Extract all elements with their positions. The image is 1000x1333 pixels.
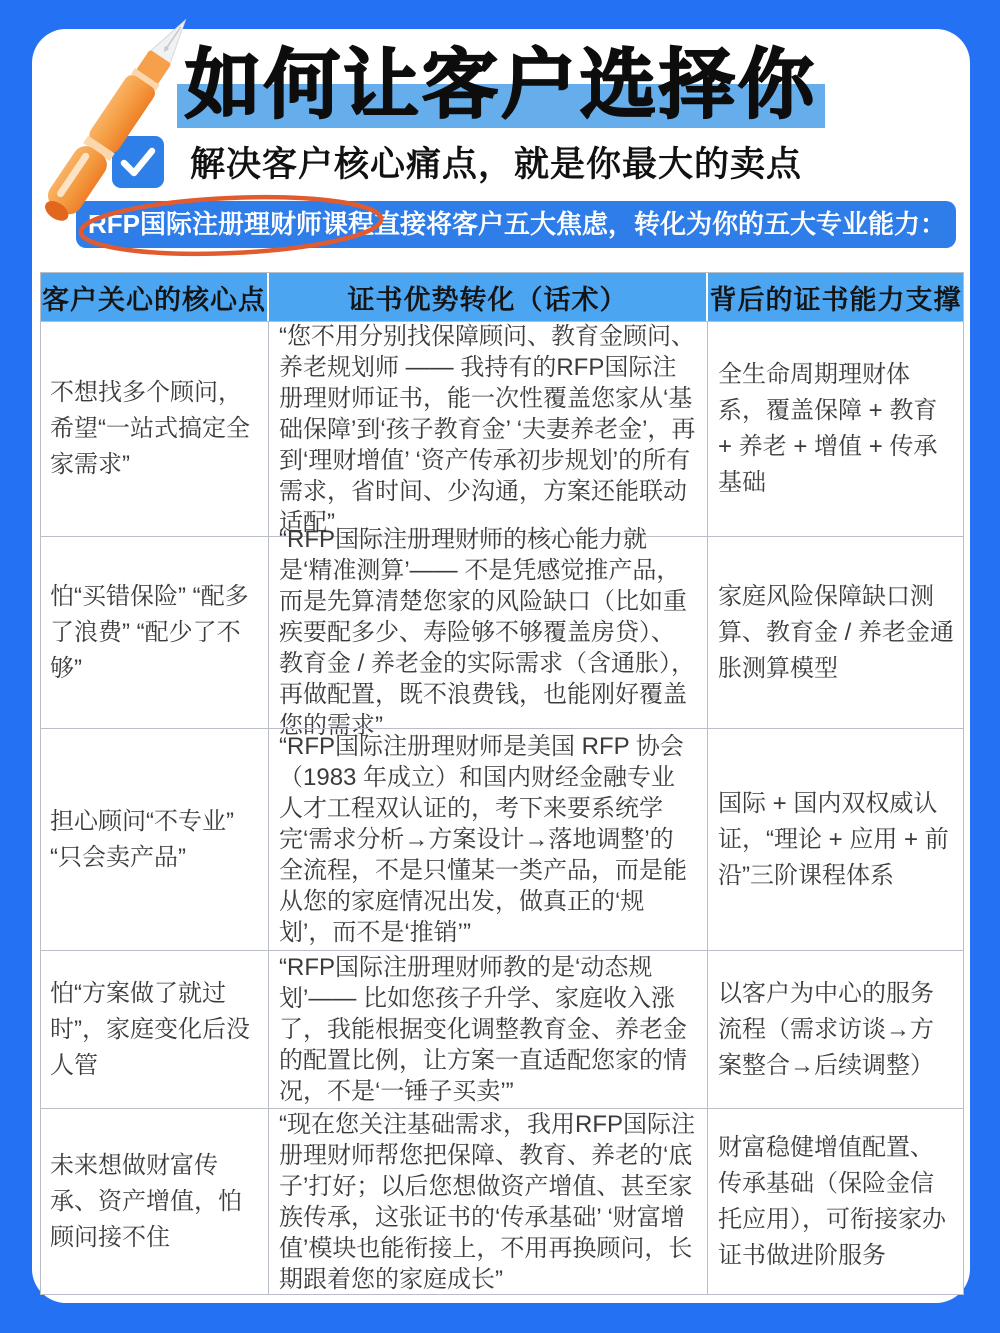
cell-support-2: 家庭风险保障缺口测算、教育金 / 养老金通胀测算模型 xyxy=(708,536,963,728)
support-text-2: 家庭风险保障缺口测算、教育金 / 养老金通胀测算模型 xyxy=(718,579,957,687)
cell-pain-2: 怕“买错保险” “配多了浪费” “配少了不够” xyxy=(41,536,269,728)
content-card: 如何让客户选择你 解决客户核心痛点，就是你最大的卖点 RFP国际注册理财师课程 … xyxy=(32,29,970,1303)
col-header-support: 背后的证书能力支撑 xyxy=(708,273,963,321)
support-text-3: 国际 + 国内双权威认证，“理论 + 应用 + 前沿”三阶课程体系 xyxy=(718,786,957,894)
cell-pain-4: 怕“方案做了就过时”，家庭变化后没人管 xyxy=(41,950,269,1108)
support-text-5: 财富稳健增值配置、传承基础（保险金信托应用），可衔接家办证书做进阶服务 xyxy=(718,1130,957,1274)
banner-rest-text: 直接将客户五大焦虑，转化为你的五大专业能力： xyxy=(374,209,946,239)
cell-pain-3: 担心顾问“不专业” “只会卖产品” xyxy=(41,728,269,950)
tagline-text: 解决客户核心痛点，就是你最大的卖点 xyxy=(190,137,802,187)
col-header-pain: 客户关心的核心点 xyxy=(41,273,269,321)
banner-highlight: RFP国际注册理财师课程 xyxy=(88,201,374,248)
page-title: 如何让客户选择你 xyxy=(185,43,817,128)
cell-support-3: 国际 + 国内双权威认证，“理论 + 应用 + 前沿”三阶课程体系 xyxy=(708,728,963,950)
pain-text-5: 未来想做财富传承、资产增值，怕顾问接不住 xyxy=(50,1148,262,1256)
col-header-support-label: 背后的证书能力支撑 xyxy=(710,278,962,317)
col-header-script-label: 证书优势转化（话术） xyxy=(348,278,628,317)
banner-highlight-text: RFP国际注册理财师课程 xyxy=(88,209,374,239)
cell-script-2: “RFP国际注册理财师的核心能力就是‘精准测算’—— 不是凭感觉推产品，而是先算… xyxy=(269,536,708,728)
cell-support-1: 全生命周期理财体系，覆盖保障 + 教育 + 养老 + 增值 + 传承基础 xyxy=(708,321,963,536)
script-text-5: “现在您关注基础需求，我用RFP国际注册理财师帮您把保障、教育、养老的‘底子’打… xyxy=(279,1109,697,1295)
script-text-3: “RFP国际注册理财师是美国 RFP 协会（1983 年成立）和国内财经金融专业… xyxy=(279,731,697,948)
col-header-script: 证书优势转化（话术） xyxy=(269,273,708,321)
pain-text-2: 怕“买错保险” “配多了浪费” “配少了不够” xyxy=(50,579,262,687)
script-text-4: “RFP国际注册理财师教的是‘动态规划’—— 比如您孩子升学、家庭收入涨了，我能… xyxy=(279,952,697,1107)
pain-text-1: 不想找多个顾问，希望“一站式搞定全家需求” xyxy=(50,375,262,483)
support-text-4: 以客户为中心的服务流程（需求访谈→方案整合→后续调整） xyxy=(718,976,957,1084)
pain-text-4: 怕“方案做了就过时”，家庭变化后没人管 xyxy=(50,976,262,1084)
cell-script-1: “您不用分别找保障顾问、教育金顾问、养老规划师 —— 我持有的RFP国际注册理财… xyxy=(269,321,708,536)
tagline-row: 解决客户核心痛点，就是你最大的卖点 xyxy=(112,136,802,188)
cell-pain-5: 未来想做财富传承、资产增值，怕顾问接不住 xyxy=(41,1108,269,1294)
checkbox-icon xyxy=(112,136,164,188)
title-block: 如何让客户选择你 xyxy=(32,43,970,128)
cell-support-4: 以客户为中心的服务流程（需求访谈→方案整合→后续调整） xyxy=(708,950,963,1108)
comparison-table: 客户关心的核心点 证书优势转化（话术） 背后的证书能力支撑 不想找多个顾问，希望… xyxy=(40,272,964,1295)
pain-text-3: 担心顾问“不专业” “只会卖产品” xyxy=(50,804,262,876)
cell-pain-1: 不想找多个顾问，希望“一站式搞定全家需求” xyxy=(41,321,269,536)
page-title-text: 如何让客户选择你 xyxy=(185,43,817,128)
script-text-2: “RFP国际注册理财师的核心能力就是‘精准测算’—— 不是凭感觉推产品，而是先算… xyxy=(279,524,697,741)
cell-script-3: “RFP国际注册理财师是美国 RFP 协会（1983 年成立）和国内财经金融专业… xyxy=(269,728,708,950)
col-header-pain-label: 客户关心的核心点 xyxy=(42,278,266,317)
banner: RFP国际注册理财师课程 直接将客户五大焦虑，转化为你的五大专业能力： xyxy=(76,201,956,248)
script-text-1: “您不用分别找保障顾问、教育金顾问、养老规划师 —— 我持有的RFP国际注册理财… xyxy=(279,321,697,538)
support-text-1: 全生命周期理财体系，覆盖保障 + 教育 + 养老 + 增值 + 传承基础 xyxy=(718,357,957,501)
cell-script-5: “现在您关注基础需求，我用RFP国际注册理财师帮您把保障、教育、养老的‘底子’打… xyxy=(269,1108,708,1294)
cell-script-4: “RFP国际注册理财师教的是‘动态规划’—— 比如您孩子升学、家庭收入涨了，我能… xyxy=(269,950,708,1108)
cell-support-5: 财富稳健增值配置、传承基础（保险金信托应用），可衔接家办证书做进阶服务 xyxy=(708,1108,963,1294)
